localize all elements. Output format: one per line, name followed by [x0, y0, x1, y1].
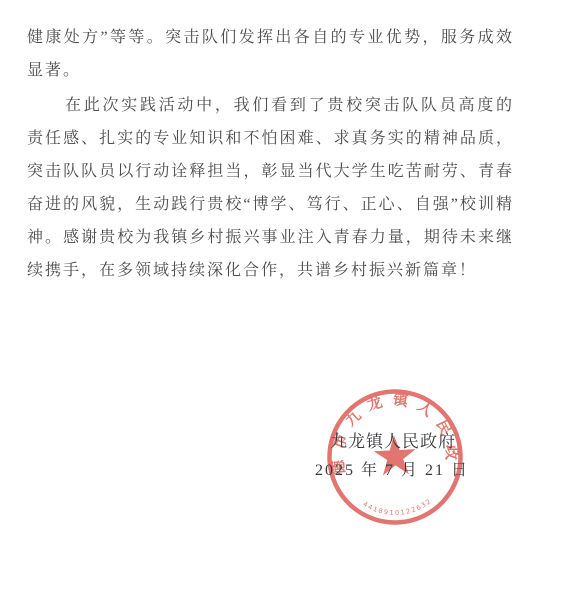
letter-page: 健康处方”等等。突击队们发挥出各自的专业优势，服务成效显著。 在此次实践活动中，…	[0, 0, 565, 591]
signature-date: 2025 年 7 月 21 日	[310, 457, 474, 480]
paragraph-main: 在此次实践活动中，我们看到了贵校突击队队员高度的责任感、扎实的专业知识和不怕困难…	[27, 89, 514, 287]
paragraph-continuation: 健康处方”等等。突击队们发挥出各自的专业优势，服务成效显著。	[27, 21, 514, 87]
signature-org: 九龙镇人民政府	[320, 427, 466, 452]
letter-body: 健康处方”等等。突击队们发挥出各自的专业优势，服务成效显著。 在此次实践活动中，…	[27, 21, 514, 287]
